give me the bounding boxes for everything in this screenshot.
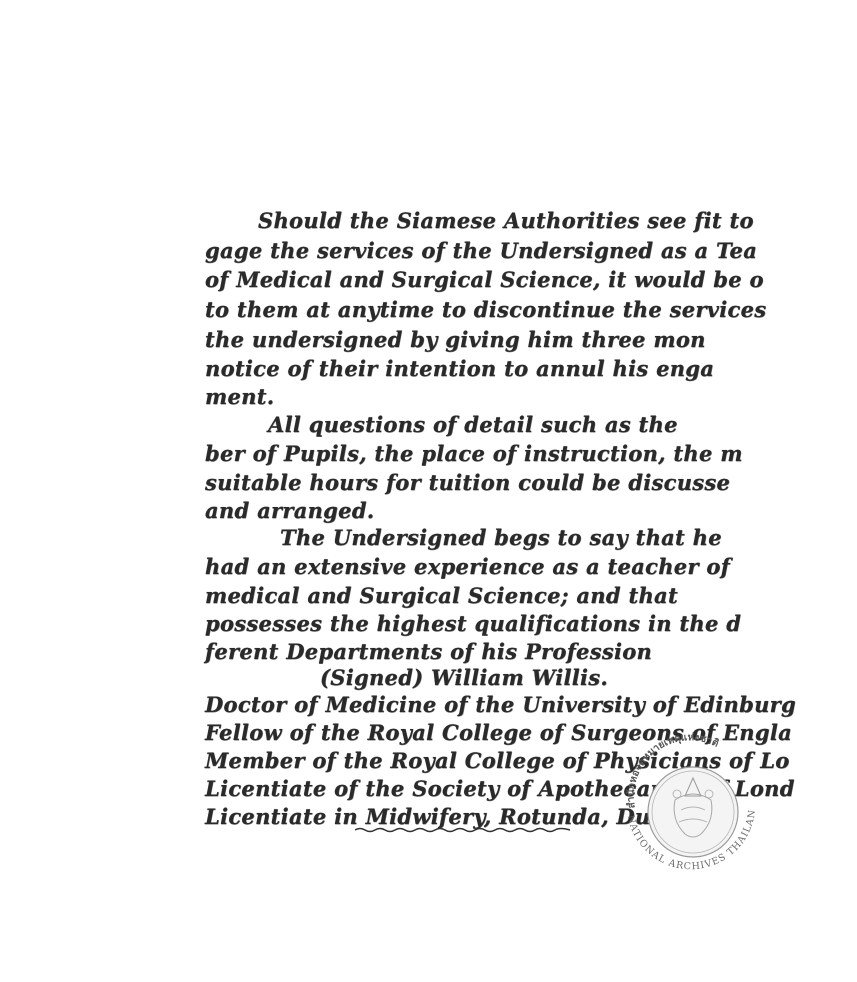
paragraph-2-line-2: ber of Pupils, the place of instruction,… [205,441,743,466]
paragraph-2-line-1: All questions of detail such as the [268,412,678,437]
paragraph-3-line-3: medical and Surgical Science; and that [205,583,678,608]
paragraph-1-line-2: gage the services of the Undersigned as … [205,238,757,263]
wavy-underline-rule [355,826,570,834]
paragraph-1-line-6: notice of their intention to annul his e… [205,356,714,381]
scanned-letter-page: Should the Siamese Authorities see fit t… [0,0,857,982]
archive-seal-icon: สำนักหอจดหมายเหตุแห่งชาติ NATIONAL ARCHI… [605,730,770,880]
paragraph-3-line-4: possesses the highest qualifications in … [205,611,741,636]
national-archives-stamp: สำนักหอจดหมายเหตุแห่งชาติ NATIONAL ARCHI… [605,730,770,880]
signature-line: (Signed) William Willis. [320,665,608,690]
paragraph-1-line-3: of Medical and Surgical Science, it woul… [205,267,764,292]
paragraph-3-line-2: had an extensive experience as a teacher… [205,554,730,579]
paragraph-1-line-5: the undersigned by giving him three mon [205,327,706,352]
paragraph-3-line-1: The Undersigned begs to say that he [280,525,722,550]
paragraph-1-line-7: ment. [205,384,274,409]
paragraph-3-line-5: ferent Departments of his Profession [205,639,652,664]
paragraph-1-line-4: to them at anytime to discontinue the se… [205,297,766,322]
credential-line-1: Doctor of Medicine of the University of … [205,692,796,717]
paragraph-2-line-4: and arranged. [205,498,374,523]
paragraph-1-line-1: Should the Siamese Authorities see fit t… [258,208,754,233]
paragraph-2-line-3: suitable hours for tuition could be disc… [205,470,730,495]
